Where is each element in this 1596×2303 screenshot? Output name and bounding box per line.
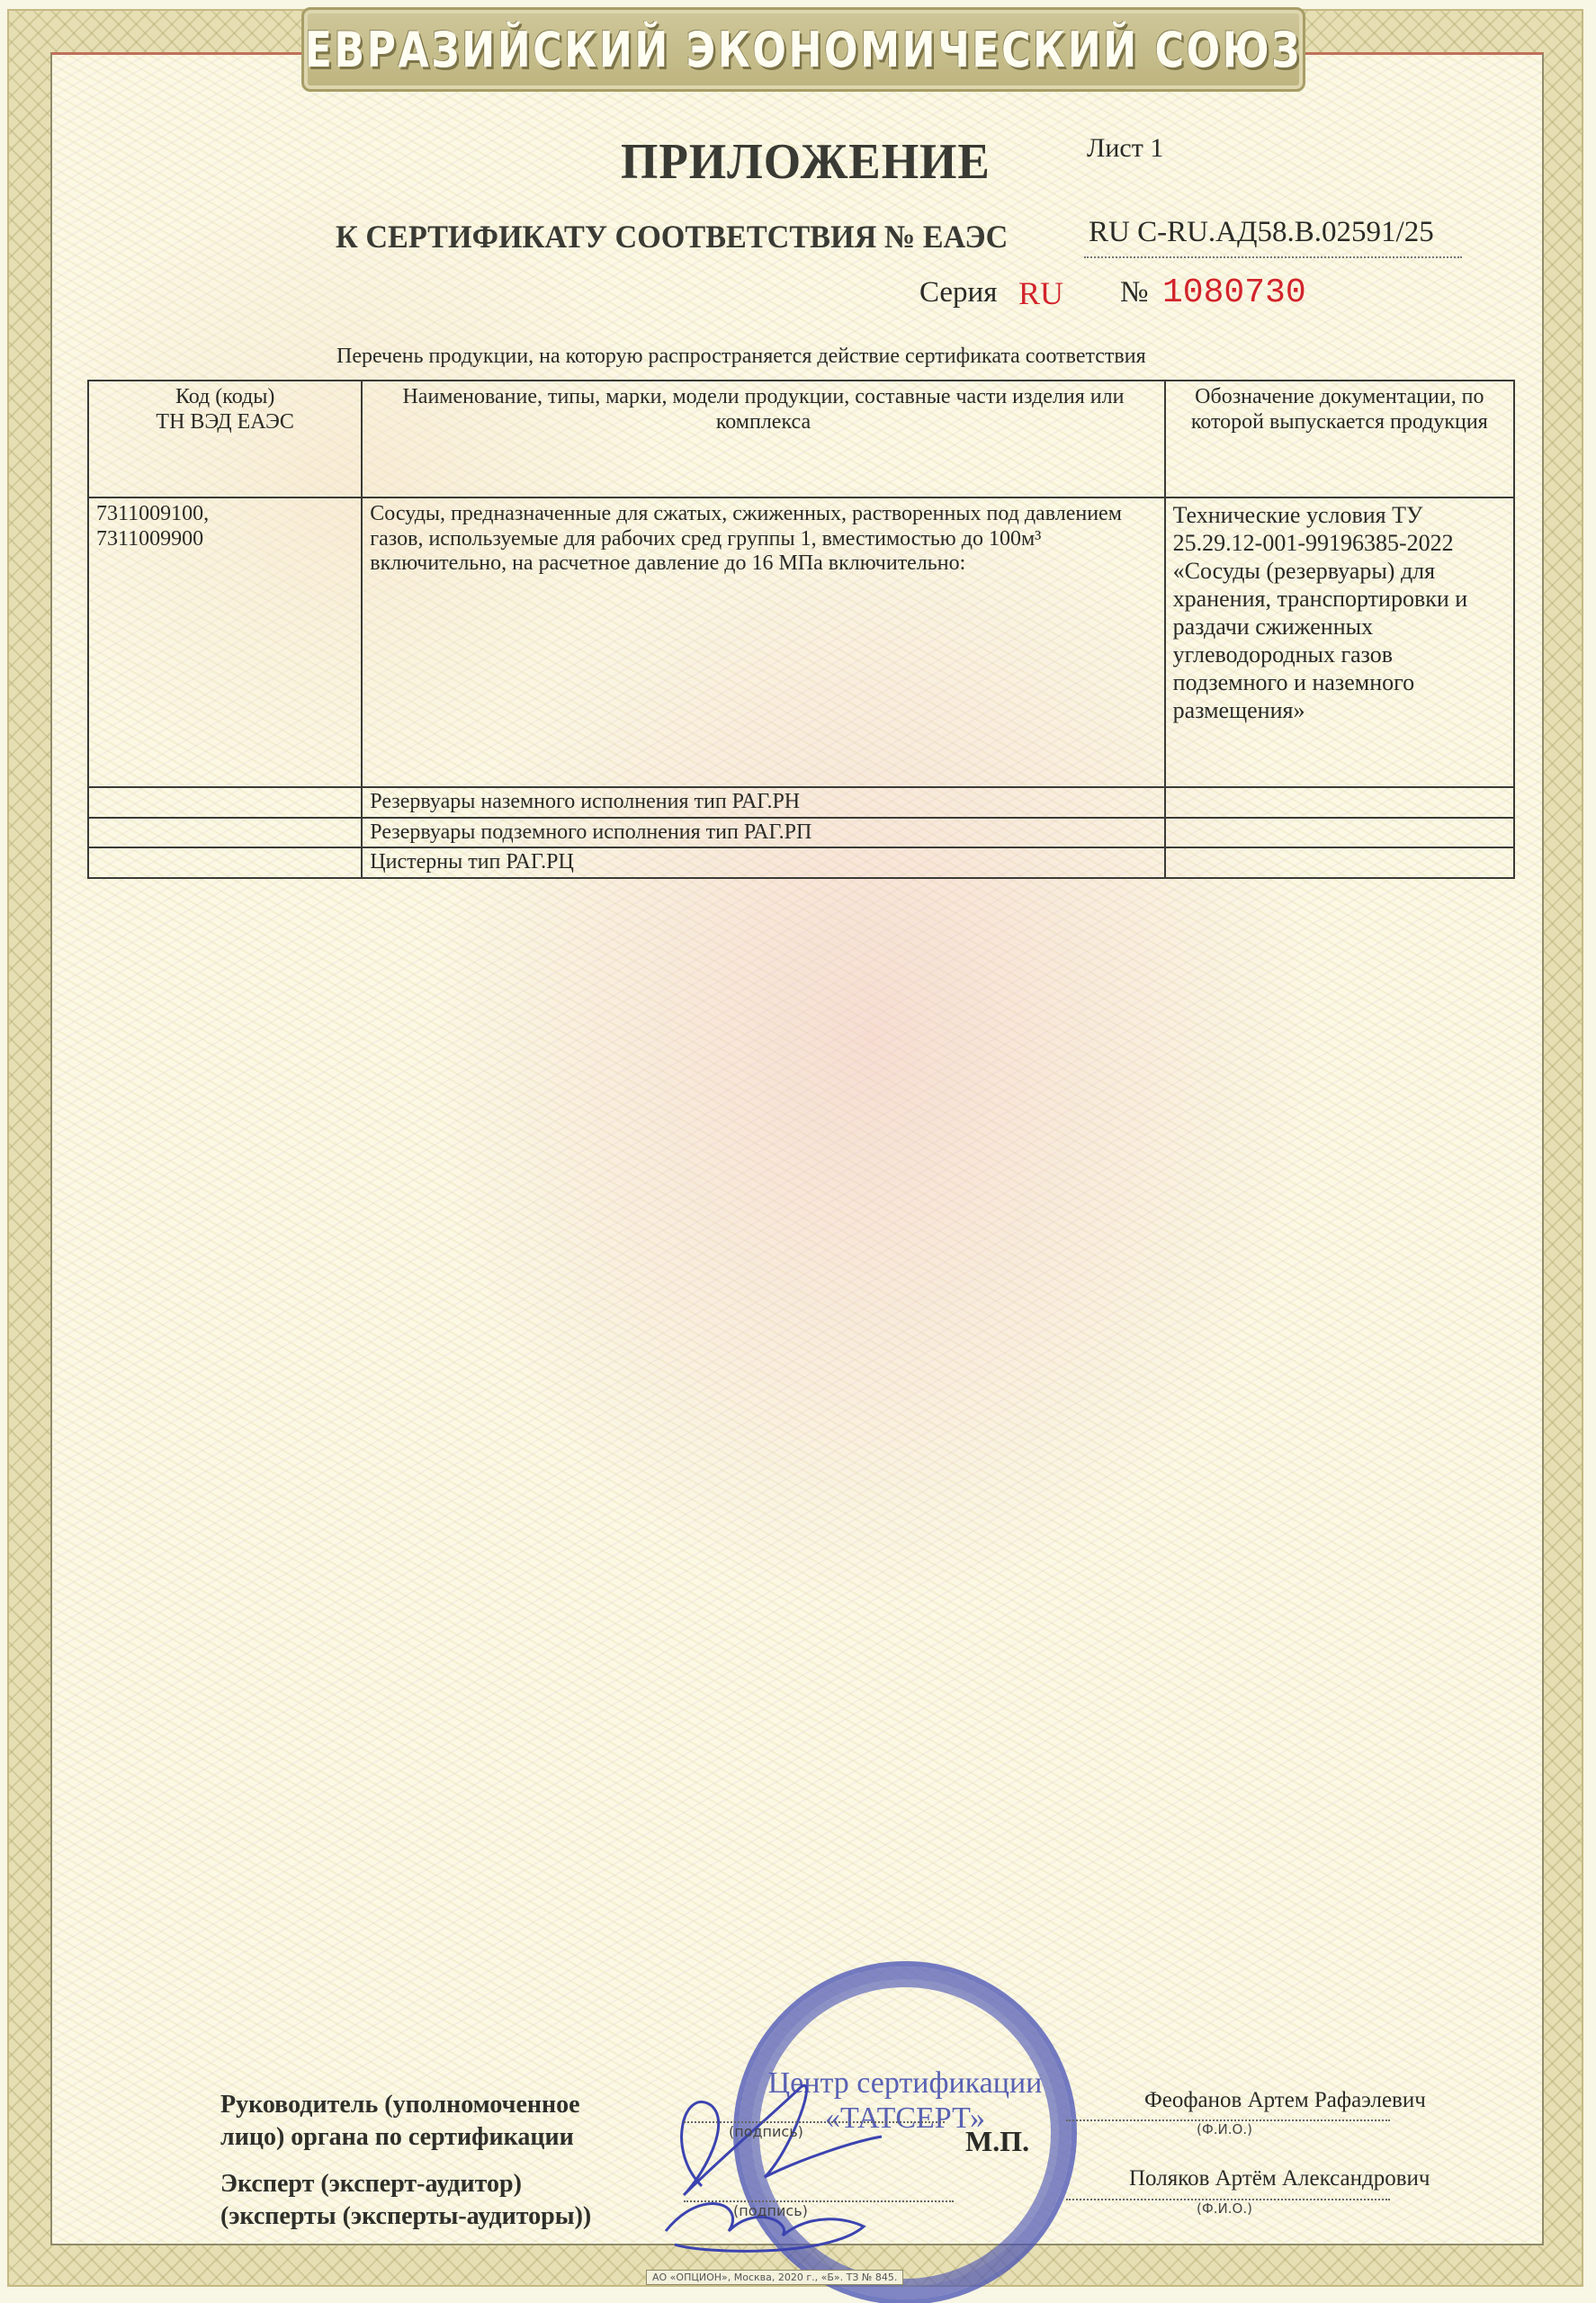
head-name: Феофанов Артем Рафаэлевич (1144, 2088, 1426, 2113)
cell-doc (1165, 818, 1514, 848)
table-row: Резервуары наземного исполнения тип РАГ.… (88, 787, 1514, 818)
document-title: ПРИЛОЖЕНИЕ (621, 133, 991, 191)
cell-doc (1165, 847, 1514, 878)
expert-signatory-label: Эксперт (эксперт-аудитор) (эксперты (экс… (220, 2168, 625, 2234)
signature-caption: (подпись) (729, 2123, 803, 2140)
name-caption: (Ф.И.О.) (1197, 2200, 1252, 2217)
certificate-number-underline (1084, 256, 1462, 258)
cell-name: Резервуары подземного исполнения тип РАГ… (362, 818, 1164, 848)
certificate-number: RU C-RU.АД58.В.02591/25 (1089, 216, 1434, 249)
head-signatory-label: Руководитель (уполномоченное лицо) орган… (220, 2089, 598, 2155)
products-table: Код (коды) ТН ВЭД ЕАЭС Наименование, тип… (87, 380, 1515, 879)
series-value: RU (1018, 274, 1063, 312)
header-name: Наименование, типы, марки, модели продук… (362, 381, 1164, 497)
list-caption: Перечень продукции, на которую распростр… (336, 345, 1146, 369)
cell-doc: Технические условия ТУ 25.29.12-001-9919… (1165, 497, 1514, 787)
sheet-number: Лист 1 (1087, 133, 1163, 164)
banner-title: ЕВРАЗИЙСКИЙ ЭКОНОМИЧЕСКИЙ СОЮЗ (305, 22, 1302, 78)
stamp-place-mark: М.П. (965, 2125, 1029, 2158)
cell-doc (1165, 787, 1514, 818)
cell-codes (88, 787, 362, 818)
cell-name: Цистерны тип РАГ.РЦ (362, 847, 1164, 878)
signature-icon (648, 2051, 918, 2267)
signature-line-head (684, 2121, 945, 2123)
printer-note: АО «ОПЦИОН», Москва, 2020 г., «Б». ТЗ № … (646, 2270, 903, 2285)
table-header-row: Код (коды) ТН ВЭД ЕАЭС Наименование, тип… (88, 381, 1514, 497)
cell-name: Сосуды, предназначенные для сжатых, сжиж… (362, 497, 1164, 787)
banner: ЕВРАЗИЙСКИЙ ЭКОНОМИЧЕСКИЙ СОЮЗ (301, 7, 1305, 92)
cell-codes (88, 818, 362, 848)
document-subtitle: К СЕРТИФИКАТУ СООТВЕТСТВИЯ № ЕАЭС (336, 218, 1008, 255)
table-row: Цистерны тип РАГ.РЦ (88, 847, 1514, 878)
header-codes: Код (коды) ТН ВЭД ЕАЭС (88, 381, 362, 497)
header-docs: Обозначение документации, по которой вып… (1165, 381, 1514, 497)
signature-caption: (подпись) (733, 2202, 808, 2219)
series-label: Серия (919, 276, 997, 309)
expert-name: Поляков Артём Александрович (1129, 2166, 1430, 2191)
cell-codes: 7311009100, 7311009900 (88, 497, 362, 787)
form-number: 1080730 (1162, 273, 1306, 312)
cell-name: Резервуары наземного исполнения тип РАГ.… (362, 787, 1164, 818)
signature-line-expert (684, 2200, 954, 2202)
cell-codes (88, 847, 362, 878)
number-label: № (1120, 276, 1149, 309)
table-row: Резервуары подземного исполнения тип РАГ… (88, 818, 1514, 848)
name-caption: (Ф.И.О.) (1197, 2121, 1252, 2137)
table-row: 7311009100, 7311009900 Сосуды, предназна… (88, 497, 1514, 787)
